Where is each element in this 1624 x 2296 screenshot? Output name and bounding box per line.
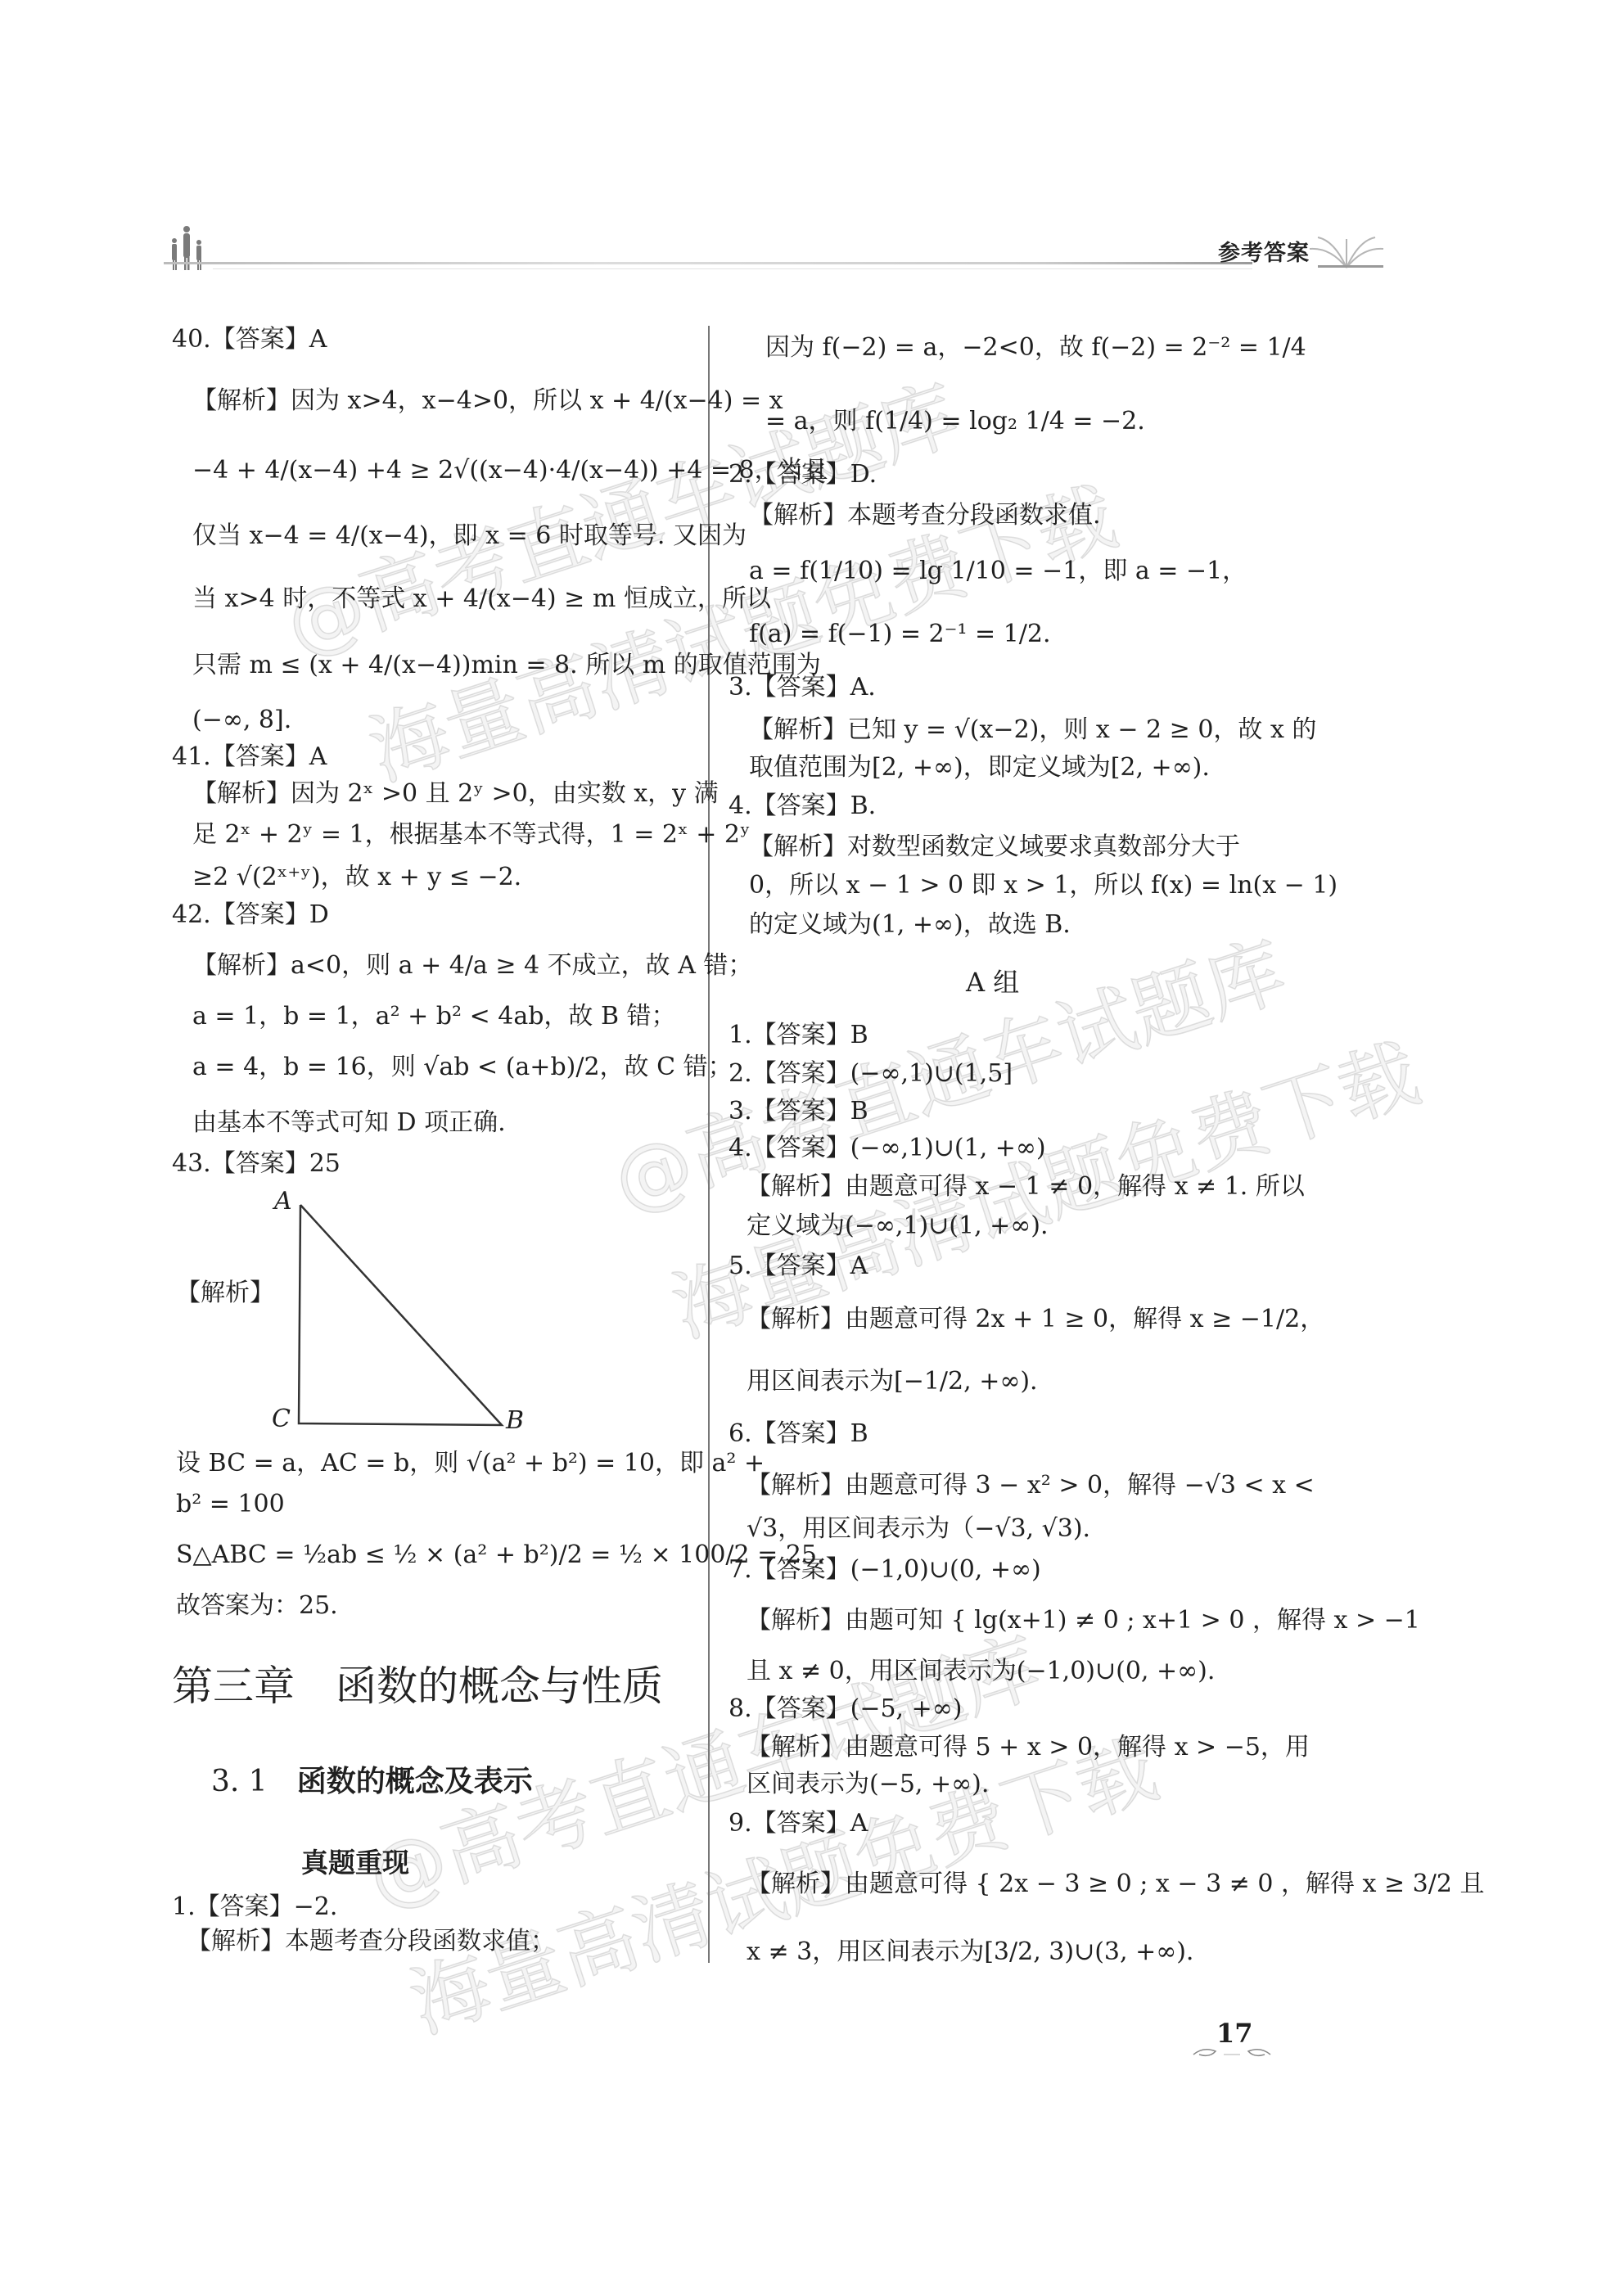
analysis-line: = a，则 f(1/4) = log₂ 1/4 = −2.	[765, 405, 1145, 438]
right-triangle-figure	[270, 1191, 516, 1437]
analysis-line: 【解析】由题意可得 x − 1 ≠ 0，解得 x ≠ 1. 所以	[747, 1171, 1305, 1203]
analysis-line: f(a) = f(−1) = 2⁻¹ = 1/2.	[749, 618, 1051, 651]
analysis-line: 由基本不等式可知 D 项正确.	[192, 1107, 506, 1139]
analysis-line: ≥2 √(2ˣ⁺ʸ)，故 x + y ≤ −2.	[192, 861, 521, 894]
analysis-line: 故答案为：25.	[176, 1590, 338, 1622]
analysis-line: 【解析】因为 2ˣ >0 且 2ʸ >0，由实数 x，y 满	[192, 778, 719, 810]
answer-line-a3: 3.【答案】B	[729, 1095, 868, 1128]
analysis-line: (−∞, 8].	[192, 704, 291, 737]
answer-line-a7: 7.【答案】(−1,0)∪(0, +∞)	[729, 1554, 1041, 1586]
answer-line-a5: 5.【答案】A	[729, 1250, 868, 1283]
answer-line-42: 42.【答案】D	[172, 899, 329, 931]
answer-line-a4: 4.【答案】(−∞,1)∪(1, +∞)	[729, 1132, 1046, 1165]
analysis-line: 设 BC = a，AC = b，则 √(a² + b²) = 10，即 a² +	[176, 1447, 765, 1480]
answer-line-r2: 2.【答案】D.	[729, 458, 877, 491]
answer-line-r1: 1.【答案】−2.	[172, 1891, 337, 1924]
analysis-line: √3，用区间表示为（−√3, √3).	[747, 1513, 1090, 1545]
analysis-line: 0，所以 x − 1 > 0 即 x > 1，所以 f(x) = ln(x − …	[749, 869, 1338, 902]
answer-line-a8: 8.【答案】(−5, +∞)	[729, 1693, 962, 1725]
analysis-line: 【解析】由题意可得 5 + x > 0，解得 x > −5，用	[747, 1731, 1310, 1764]
analysis-line: 因为 f(−2) = a，−2<0，故 f(−2) = 2⁻² = 1/4	[765, 332, 1306, 364]
answer-line-a1: 1.【答案】B	[729, 1019, 868, 1052]
analysis-line: 【解析】本题考查分段函数求值.	[749, 499, 1101, 532]
analysis-line: a = 4，b = 16，则 √ab < (a+b)/2，故 C 错；	[192, 1051, 733, 1084]
column-divider	[708, 326, 710, 1963]
chapter-title: 第三章 函数的概念与性质	[172, 1653, 663, 1712]
analysis-line: 【解析】本题考查分段函数求值；	[187, 1925, 555, 1958]
analysis-line: 足 2ˣ + 2ʸ = 1，根据基本不等式得，1 = 2ˣ + 2ʸ	[192, 819, 751, 851]
vertex-label-a: A	[274, 1187, 292, 1216]
analysis-line: 【解析】对数型函数定义域要求真数部分大于	[749, 831, 1240, 864]
answer-line-41: 41.【答案】A	[172, 741, 327, 774]
section-heading: 3. 1函数的概念及表示	[211, 1758, 533, 1800]
analysis-line: a = 1，b = 1，a² + b² < 4ab，故 B 错；	[192, 1000, 676, 1033]
analysis-line: 且 x ≠ 0，用区间表示为(−1,0)∪(0, +∞).	[747, 1655, 1215, 1688]
group-heading: A 组	[966, 962, 1019, 999]
open-book-icon	[1301, 231, 1392, 272]
section-title: 函数的概念及表示	[297, 1765, 533, 1798]
answer-line-a9: 9.【答案】A	[729, 1807, 868, 1840]
analysis-line: a = f(1/10) = lg 1/10 = −1，即 a = −1，	[749, 555, 1247, 588]
answer-line-r4: 4.【答案】B.	[729, 790, 876, 823]
header-title: 参考答案	[1218, 235, 1310, 267]
analysis-line: 【解析】因为 x>4，x−4>0，所以 x + 4/(x−4) = x	[192, 385, 783, 417]
family-figures-icon	[162, 223, 211, 272]
section-number: 3. 1	[211, 1765, 268, 1798]
analysis-line: 【解析】由题意可得 3 − x² > 0，解得 −√3 < x <	[747, 1469, 1315, 1502]
answer-line-r3: 3.【答案】A.	[729, 671, 876, 704]
answer-line-a6: 6.【答案】B	[729, 1418, 868, 1450]
analysis-line: 用区间表示为[−1/2, +∞).	[747, 1365, 1038, 1398]
analysis-label: 【解析】	[176, 1277, 274, 1310]
analysis-line: 定义域为(−∞,1)∪(1, +∞).	[747, 1210, 1049, 1243]
analysis-line: 仅当 x−4 = 4/(x−4)，即 x = 6 时取等号. 又因为	[192, 520, 747, 553]
analysis-line: 【解析】由题意可得 2x + 1 ≥ 0，解得 x ≥ −1/2，	[747, 1303, 1324, 1336]
subsection-heading: 真题重现	[301, 1842, 409, 1880]
answer-line-a2: 2.【答案】(−∞,1)∪(1,5]	[729, 1058, 1013, 1090]
analysis-line: x ≠ 3，用区间表示为[3/2, 3)∪(3, +∞).	[747, 1936, 1193, 1969]
analysis-line: 【解析】由题意可得 { 2x − 3 ≥ 0 ; x − 3 ≠ 0 ，解得 x…	[747, 1868, 1484, 1901]
analysis-line: 【解析】已知 y = √(x−2)，则 x − 2 ≥ 0，故 x 的	[749, 714, 1316, 747]
answer-line-43: 43.【答案】25	[172, 1148, 341, 1180]
analysis-line: 区间表示为(−5, +∞).	[747, 1768, 989, 1801]
analysis-line: 【解析】由题可知 { lg(x+1) ≠ 0 ; x+1 > 0 ，解得 x >…	[747, 1604, 1420, 1637]
analysis-line: 【解析】a<0，则 a + 4/a ≥ 4 不成立，故 A 错；	[192, 950, 752, 982]
analysis-line: 当 x>4 时，不等式 x + 4/(x−4) ≥ m 恒成立，所以	[192, 583, 771, 616]
analysis-line: S△ABC = ½ab ≤ ½ × (a² + b²)/2 = ½ × 100/…	[176, 1539, 825, 1572]
analysis-line: b² = 100	[176, 1488, 285, 1521]
analysis-line: 只需 m ≤ (x + 4/(x−4))min = 8. 所以 m 的取值范围为	[192, 649, 821, 682]
page-ornament-icon	[1187, 2045, 1277, 2061]
answer-line-40: 40.【答案】A	[172, 323, 327, 356]
analysis-line: 取值范围为[2, +∞)，即定义域为[2, +∞).	[749, 751, 1210, 784]
analysis-line: 的定义域为(1, +∞)，故选 B.	[749, 909, 1071, 941]
vertex-label-c: C	[272, 1405, 291, 1433]
document-page: @高考直通车试题库 海量高清试题免费下载 @高考直通车试题库 海量高清试题免费下…	[0, 0, 1624, 2296]
header-rule-secondary	[213, 268, 1252, 269]
header-rule	[164, 262, 1252, 264]
vertex-label-b: B	[506, 1406, 524, 1435]
